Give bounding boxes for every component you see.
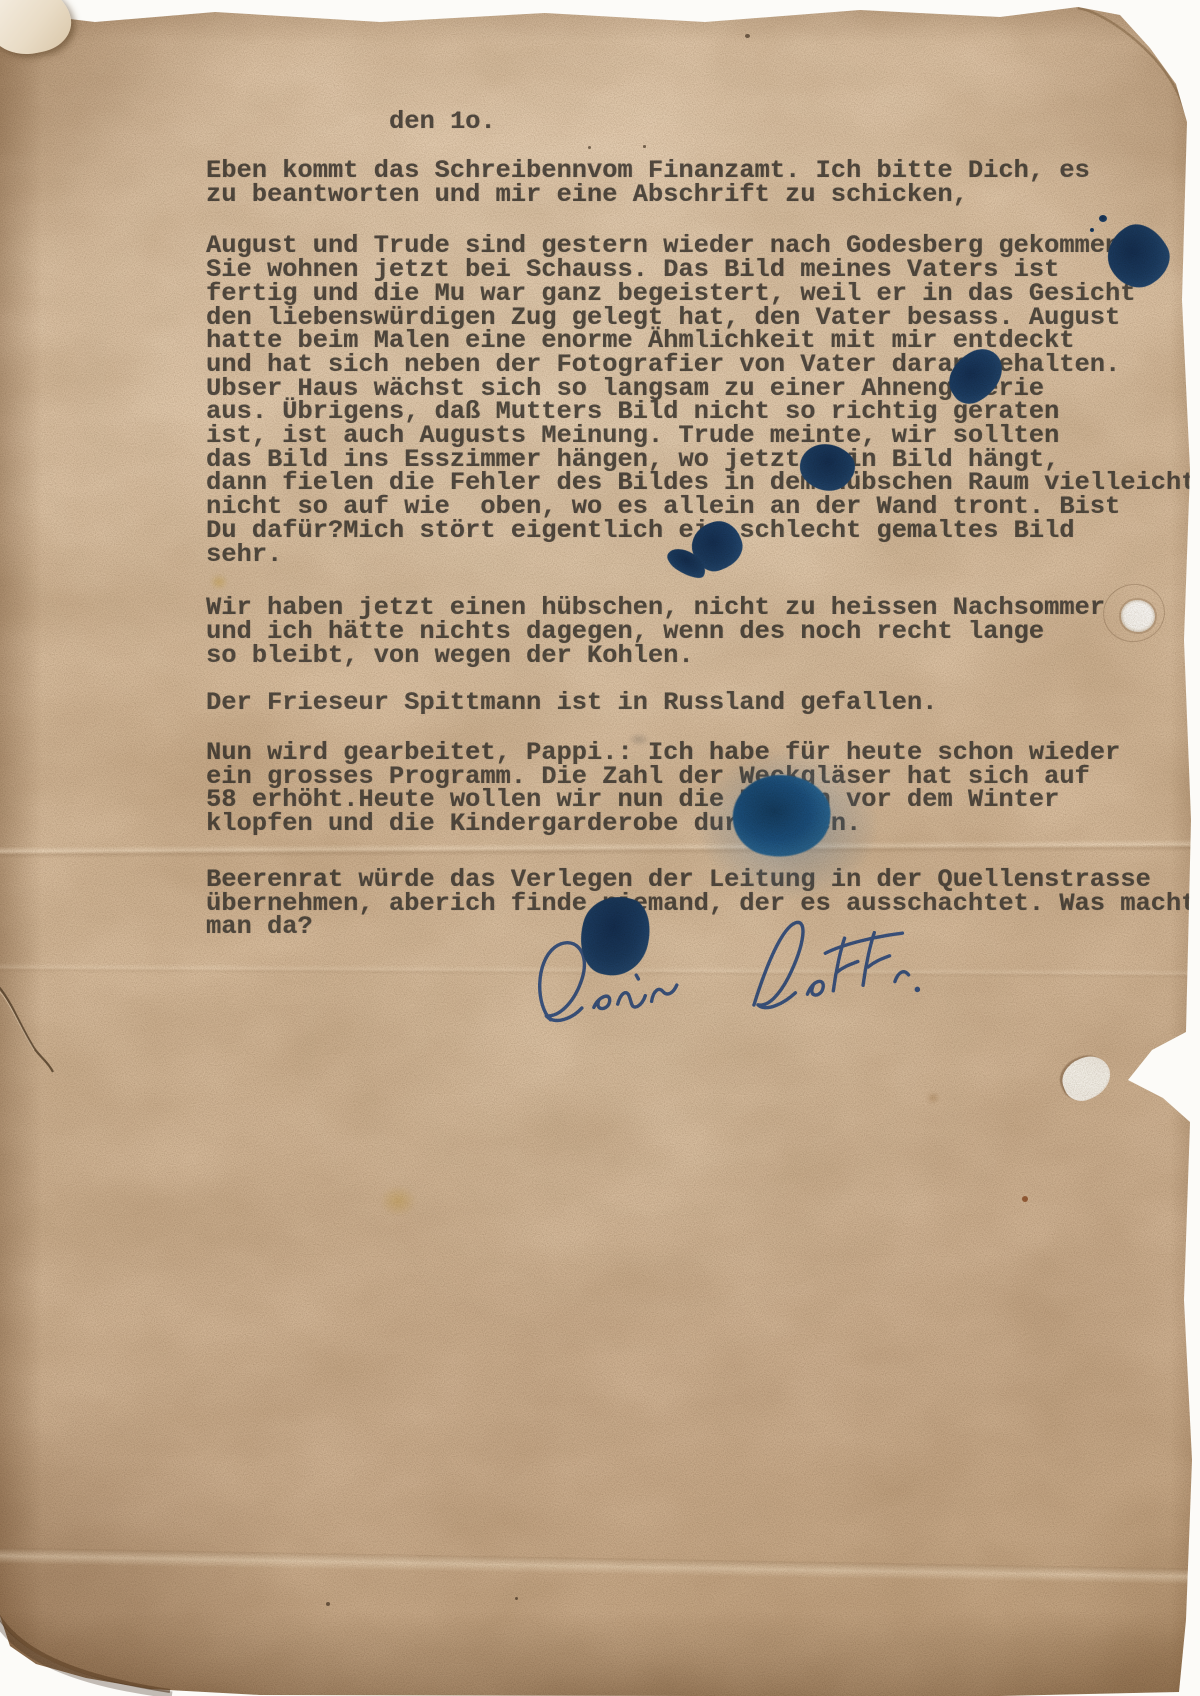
date-line: den 1o. (389, 110, 496, 134)
tear-crack-highlight (0, 992, 34, 1050)
torn-notch (1056, 1050, 1115, 1105)
paper-speck (643, 145, 646, 148)
signature-period (914, 986, 920, 992)
typewritten-line: fertig und die Mu war ganz begeistert, w… (206, 282, 1196, 306)
signature-stroke (537, 942, 587, 1021)
typewritten-line: Der Frieseur Spittmann ist in Russland g… (206, 691, 1196, 715)
paragraph: Wir haben jetzt einen hübschen, nicht zu… (206, 596, 1196, 667)
paper-speck (745, 34, 750, 38)
paper-speck (515, 1597, 518, 1600)
signature-stroke (593, 985, 678, 1009)
typewritten-line: Du dafür?Mich stört eigentlich ein schle… (206, 519, 1196, 543)
typewritten-line: so bleibt, von wegen der Kohlen. (206, 644, 1196, 668)
photo-background: den 1o. Eben kommt das Schreibennvom Fin… (0, 0, 1200, 1696)
paper-speck (588, 146, 591, 149)
typewritten-line: zu beantworten und mir eine Abschrift zu… (206, 183, 1196, 207)
signature-stroke (750, 922, 807, 1008)
signature-stroke (636, 975, 638, 979)
yellow-stain (380, 1186, 416, 1216)
signature-stroke (824, 933, 903, 953)
tear-crack (0, 986, 53, 1072)
brown-stain (926, 1092, 940, 1104)
torn-edge-shadow (1078, 8, 1186, 114)
signature-handwriting (497, 892, 933, 1046)
paragraph: Eben kommt das Schreibennvom Finanzamt. … (206, 159, 1196, 206)
paragraph: Der Frieseur Spittmann ist in Russland g… (206, 691, 1196, 715)
paragraph: August und Trude sind gestern wieder nac… (206, 234, 1196, 566)
punch-hole (1121, 600, 1155, 632)
ink-blot-halo (700, 752, 876, 898)
letter-paper: den 1o. Eben kommt das Schreibennvom Fin… (0, 0, 1200, 1696)
paper-speck (326, 1602, 330, 1606)
paper-crease (0, 1547, 1200, 1584)
rust-speck (1022, 1196, 1028, 1202)
typewritten-line: sehr. (206, 543, 1196, 567)
